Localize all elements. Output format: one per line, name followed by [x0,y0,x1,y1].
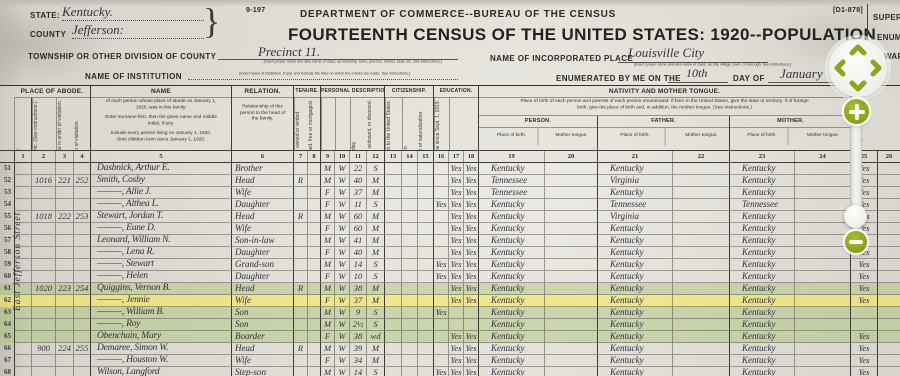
cell-empty [795,355,851,367]
cell-name: Leonard, William N. [91,235,232,247]
cell-school [434,175,449,187]
cell-empty [795,331,851,343]
cell-sex: M [321,283,335,295]
cell-family [74,259,91,271]
table-row: 54———, Althea L.DaughterFW11SYesYesYesKe… [0,199,900,211]
cell-sex: M [321,235,335,247]
cell-pob_mother: Kentucky [730,211,795,223]
cell-family [74,271,91,283]
cell-relation: Boarder [232,331,294,343]
cell-read: Yes [449,295,464,307]
cell-empty [402,223,418,235]
cell-family: 255 [74,343,91,355]
cell-empty [385,367,402,376]
cell-dwelling [56,247,74,259]
cell-empty [402,247,418,259]
col-header-dwelling: Number of dwelling house in order of vis… [56,98,74,150]
cell-name: ———, Lena R. [91,247,232,259]
cell-color: W [335,283,350,295]
cell-empty [418,271,434,283]
cell-english: Yes [851,259,878,271]
cell-name: Stewart, Jordan T. [91,211,232,223]
cell-empty [402,235,418,247]
cell-pob: Kentucky [479,355,545,367]
cell-empty [673,355,730,367]
cell-empty [545,355,598,367]
cell-empty [402,295,418,307]
cell-empty [385,319,402,331]
cell-dwelling [56,187,74,199]
cell-age: 39 [350,343,367,355]
cell-empty [545,187,598,199]
cell-write: Yes [464,259,479,271]
cell-pob: Kentucky [479,211,545,223]
cell-name: ———, Allie J. [91,187,232,199]
cell-empty [308,355,321,367]
cell-school [434,223,449,235]
cell-color: W [335,247,350,259]
cell-house [32,199,56,211]
cell-relation: Wife [232,295,294,307]
cell-empty [878,235,900,247]
cell-school [434,319,449,331]
cell-empty [878,331,900,343]
cell-english: Yes [851,283,878,295]
cell-empty [308,343,321,355]
cell-pob: Kentucky [479,331,545,343]
cell-relation: Brother [232,163,294,175]
cell-pob_father: Kentucky [598,355,673,367]
col-header-immigration-year: Year of immigration to the United States… [385,98,402,150]
cell-empty [795,259,851,271]
cell-name: Quiggins, Vernon B. [91,283,232,295]
cell-dwelling [56,367,74,376]
cell-pob: Kentucky [479,295,545,307]
cell-empty [308,247,321,259]
enumerated-label: ENUMERATED BY ME ON THE [556,74,681,83]
cell-empty [878,175,900,187]
table-row: 60———, HelenDaughterFW10SYesYesYesKentuc… [0,271,900,283]
cell-empty [418,307,434,319]
cell-age: 14 [350,367,367,376]
cell-empty [418,283,434,295]
cell-read: Yes [449,223,464,235]
cell-empty [14,163,32,175]
cell-marital: S [367,367,385,376]
cell-empty [673,247,730,259]
cell-tenure: R [294,175,308,187]
col-header-owned-rented: Home owned or rented. [294,98,308,150]
cell-marital: M [367,175,385,187]
cell-pob: Kentucky [479,223,545,235]
cell-empty [545,175,598,187]
cell-write: Yes [464,163,479,175]
cell-empty [545,199,598,211]
cell-pob_mother: Kentucky [730,175,795,187]
cell-pob_father: Kentucky [598,307,673,319]
subgroup-person: PERSON. Place of birth. Mother tongue. [479,116,598,150]
col-header-free-mortgaged: If owned, free or mortgaged. [308,98,321,150]
cell-line: 65 [0,331,14,343]
cell-age: 60 [350,211,367,223]
cell-tenure [294,355,308,367]
cell-empty [673,319,730,331]
cell-school [434,283,449,295]
cell-empty [402,367,418,376]
cell-marital: M [367,235,385,247]
cell-pob_mother: Kentucky [730,331,795,343]
state-label: STATE: [30,11,60,20]
cell-empty [385,163,402,175]
cell-line: 58 [0,247,14,259]
group-name: NAME of each person whose place of abode… [91,86,232,150]
col-header-father-pob: Place of birth. [606,128,666,146]
cell-empty [418,319,434,331]
cell-empty [402,331,418,343]
cell-empty [14,367,32,376]
cell-empty [545,283,598,295]
cell-school [434,163,449,175]
cell-empty [878,283,900,295]
col-header-person-pob: Place of birth. [486,128,539,146]
cell-line: 68 [0,367,14,376]
cell-empty [795,343,851,355]
cell-pob_father: Virginia [598,211,673,223]
cell-tenure [294,199,308,211]
cell-english: Yes [851,295,878,307]
record-viewer: STATE: Kentucky. COUNTY Jefferson: } 9-1… [0,0,900,376]
cell-marital: M [367,343,385,355]
cell-sex: F [321,355,335,367]
cell-english: Yes [851,271,878,283]
cell-pob_father: Kentucky [598,367,673,376]
group-title: PLACE OF ABODE. [14,86,90,98]
cell-line: 61 [0,283,14,295]
doc-ref: [D1-878] [833,7,863,14]
cell-dwelling [56,223,74,235]
cell-empty [385,199,402,211]
subgroup-title: PERSON. [479,116,597,128]
cell-empty [878,307,900,319]
cell-school [434,211,449,223]
cell-color: W [335,235,350,247]
group-title: PERSONAL DESCRIPTION. [321,86,384,98]
table-row: 53———, Allie J.WifeFW37MYesYesTennesseeK… [0,187,900,199]
group-place-of-abode: PLACE OF ABODE. Street, avenue, road, et… [14,86,91,150]
cell-empty [418,175,434,187]
cell-pob_mother: Kentucky [730,355,795,367]
cell-age: 40 [350,247,367,259]
table-row: 611020223254Quiggins, Vernon B.HeadRMW38… [0,283,900,295]
cell-empty [418,259,434,271]
cell-empty [385,247,402,259]
cell-read: Yes [449,283,464,295]
cell-empty [308,307,321,319]
cell-empty [308,331,321,343]
cell-empty [545,307,598,319]
cell-read [449,319,464,331]
cell-empty [418,295,434,307]
county-label: COUNTY [30,30,66,39]
cell-empty [418,163,434,175]
table-row: 65Obenchain, MaryBoarderFW38wdYesYesKent… [0,331,900,343]
census-document-canvas[interactable]: STATE: Kentucky. COUNTY Jefferson: } 9-1… [0,0,900,376]
col-header-person-mt: Mother tongue. [550,128,592,146]
cell-marital: M [367,355,385,367]
relation-desc: Relationship of this person to the head … [238,98,287,122]
cell-tenure [294,271,308,283]
incorporated-place-value: Louisville City [628,45,704,61]
form-number: 9-197 [246,7,265,14]
cell-family [74,319,91,331]
cell-age: 40 [350,175,367,187]
cell-empty [878,163,900,175]
cell-read: Yes [449,343,464,355]
cell-empty [385,355,402,367]
subgroup-title: MOTHER. [730,116,851,128]
group-personal-description: PERSONAL DESCRIPTION. Sex. Color or race… [321,86,385,150]
cell-empty [673,211,730,223]
cell-color: W [335,367,350,376]
group-title: EDUCATION. [434,86,478,98]
cell-line: 53 [0,187,14,199]
cell-empty [795,319,851,331]
table-row: 66900224255Demaree, Simon W.HeadRMW39MYe… [0,343,900,355]
zoom-slider-handle[interactable] [844,205,867,228]
table-row: 51Dasbnick, Arthur E.BrotherMW22SYesYesK… [0,163,900,175]
cell-marital: S [367,271,385,283]
cell-color: W [335,295,350,307]
cell-age: 9 [350,307,367,319]
cell-empty [385,187,402,199]
table-row: 56———, Eune D.WifeFW60MYesYesKentuckyKen… [0,223,900,235]
cell-empty [673,343,730,355]
cell-marital: M [367,211,385,223]
cell-name: Smith, Cosby [91,175,232,187]
cell-family [74,163,91,175]
pan-right-icon [873,62,879,74]
cell-pob_mother: Kentucky [730,343,795,355]
col-header-house: House number or farm, etc. (See instruct… [32,98,56,150]
cell-empty [418,355,434,367]
cell-empty [308,187,321,199]
cell-dwelling [56,259,74,271]
cell-age: 2½ [350,319,367,331]
cell-marital: M [367,283,385,295]
census-table: PLACE OF ABODE. Street, avenue, road, et… [0,85,900,376]
cell-pob_mother: Kentucky [730,259,795,271]
cell-empty [418,343,434,355]
cell-read: Yes [449,367,464,376]
cell-relation: Son [232,319,294,331]
cell-name: Obenchain, Mary [91,331,232,343]
name-desc-3: Include every person living on January 1… [105,130,217,143]
cell-sex: M [321,175,335,187]
cell-line: 57 [0,235,14,247]
cell-tenure [294,367,308,376]
cell-house [32,319,56,331]
cell-pob_father: Kentucky [598,283,673,295]
cell-empty [308,163,321,175]
cell-color: W [335,259,350,271]
institution-note: [Insert name of institution, if any, and… [239,72,406,76]
subgroup-mother: MOTHER. Place of birth. Mother tongue. [730,116,851,150]
cell-family [74,199,91,211]
col-header-father-mt: Mother tongue. [679,128,725,146]
cell-relation: Head [232,283,294,295]
cell-empty [308,211,321,223]
cell-read: Yes [449,271,464,283]
cell-read: Yes [449,199,464,211]
cell-empty [545,247,598,259]
col-header-naturalized: Naturalized or alien. [402,98,418,150]
cell-line: 54 [0,199,14,211]
cell-school [434,343,449,355]
zoom-in-button[interactable] [844,99,869,124]
group-nativity: NATIVITY AND MOTHER TONGUE. Place of bir… [479,86,851,150]
cell-empty [795,211,851,223]
township-value: Precinct 11. [258,44,320,60]
cell-age: 37 [350,295,367,307]
cell-empty [385,223,402,235]
cell-color: W [335,175,350,187]
cell-empty [545,271,598,283]
cell-write: Yes [464,175,479,187]
cell-tenure [294,247,308,259]
cell-empty [673,295,730,307]
cell-dwelling: 221 [56,175,74,187]
cell-empty [418,367,434,376]
enumerated-month: January [780,66,823,82]
table-row: 551018222253Stewart, Jordan T.HeadRMW60M… [0,211,900,223]
cell-empty [308,271,321,283]
cell-pob: Kentucky [479,319,545,331]
cell-write [464,319,479,331]
col-header-sex: Sex. [321,98,335,150]
cell-read: Yes [449,235,464,247]
cell-dwelling [56,331,74,343]
subgroup-title: FATHER. [598,116,729,128]
cell-line: 63 [0,307,14,319]
cell-marital: S [367,307,385,319]
cell-school: Yes [434,367,449,376]
cell-family [74,295,91,307]
cell-write: Yes [464,235,479,247]
cell-color: W [335,331,350,343]
cell-empty [673,271,730,283]
zoom-out-button[interactable] [845,231,867,253]
cell-empty [402,187,418,199]
cell-empty [308,199,321,211]
cell-school: Yes [434,259,449,271]
cell-empty [418,211,434,223]
col-header-mother-mt: Mother tongue. [801,128,846,146]
cell-empty [673,199,730,211]
cell-empty [878,355,900,367]
cell-line: 52 [0,175,14,187]
cell-empty [545,223,598,235]
table-header: PLACE OF ABODE. Street, avenue, road, et… [0,85,900,151]
cell-family [74,307,91,319]
cell-write: Yes [464,331,479,343]
cell-sex: M [321,163,335,175]
cell-write: Yes [464,247,479,259]
pan-control[interactable] [829,39,887,97]
cell-empty [878,247,900,259]
cell-write: Yes [464,271,479,283]
cell-write: Yes [464,367,479,376]
cell-write: Yes [464,211,479,223]
institution-line [188,78,458,80]
cell-write: Yes [464,295,479,307]
cell-sex: M [321,343,335,355]
table-row: 68Wilson, LangfordStep-sonMW14SYesYesYes… [0,367,900,376]
cell-family [74,367,91,376]
cell-empty [673,163,730,175]
cell-house: 1016 [32,175,56,187]
cell-empty [795,187,851,199]
cell-empty [385,235,402,247]
cell-family [74,235,91,247]
cell-empty [402,271,418,283]
cell-pob_father: Kentucky [598,331,673,343]
census-title: FOURTEENTH CENSUS OF THE UNITED STATES: … [288,25,876,45]
cell-marital: M [367,223,385,235]
cell-dwelling [56,271,74,283]
table-row: 57Leonard, William N.Son-in-lawMW41MYesY… [0,235,900,247]
cell-empty [402,355,418,367]
pan-up-icon [852,47,864,53]
cell-english: Yes [851,355,878,367]
cell-school: Yes [434,199,449,211]
cell-tenure: R [294,211,308,223]
cell-relation: Daughter [232,247,294,259]
cell-empty [878,271,900,283]
cell-empty [545,319,598,331]
cell-empty [878,319,900,331]
cell-empty [878,211,900,223]
cell-tenure [294,163,308,175]
cell-house: 1018 [32,211,56,223]
cell-empty [878,223,900,235]
cell-empty [418,187,434,199]
cell-age: 22 [350,163,367,175]
cell-empty [308,295,321,307]
cell-house [32,355,56,367]
cell-family: 252 [74,175,91,187]
cell-house [32,271,56,283]
cell-dwelling [56,163,74,175]
cell-read: Yes [449,355,464,367]
cell-empty [402,283,418,295]
cell-empty [402,259,418,271]
cell-name: ———, Eune D. [91,223,232,235]
cell-read: Yes [449,331,464,343]
cell-relation: Head [232,211,294,223]
cell-pob: Kentucky [479,199,545,211]
group-title: TENURE. [294,86,320,98]
name-desc-1: of each person whose place of abode on J… [105,98,217,111]
cell-marital: M [367,187,385,199]
cell-empty [308,223,321,235]
cell-empty [418,223,434,235]
cell-relation: Daughter [232,271,294,283]
cell-pob: Tennessee [479,175,545,187]
cell-empty [878,259,900,271]
cell-empty [385,211,402,223]
cell-relation: Head [232,175,294,187]
cell-tenure [294,259,308,271]
